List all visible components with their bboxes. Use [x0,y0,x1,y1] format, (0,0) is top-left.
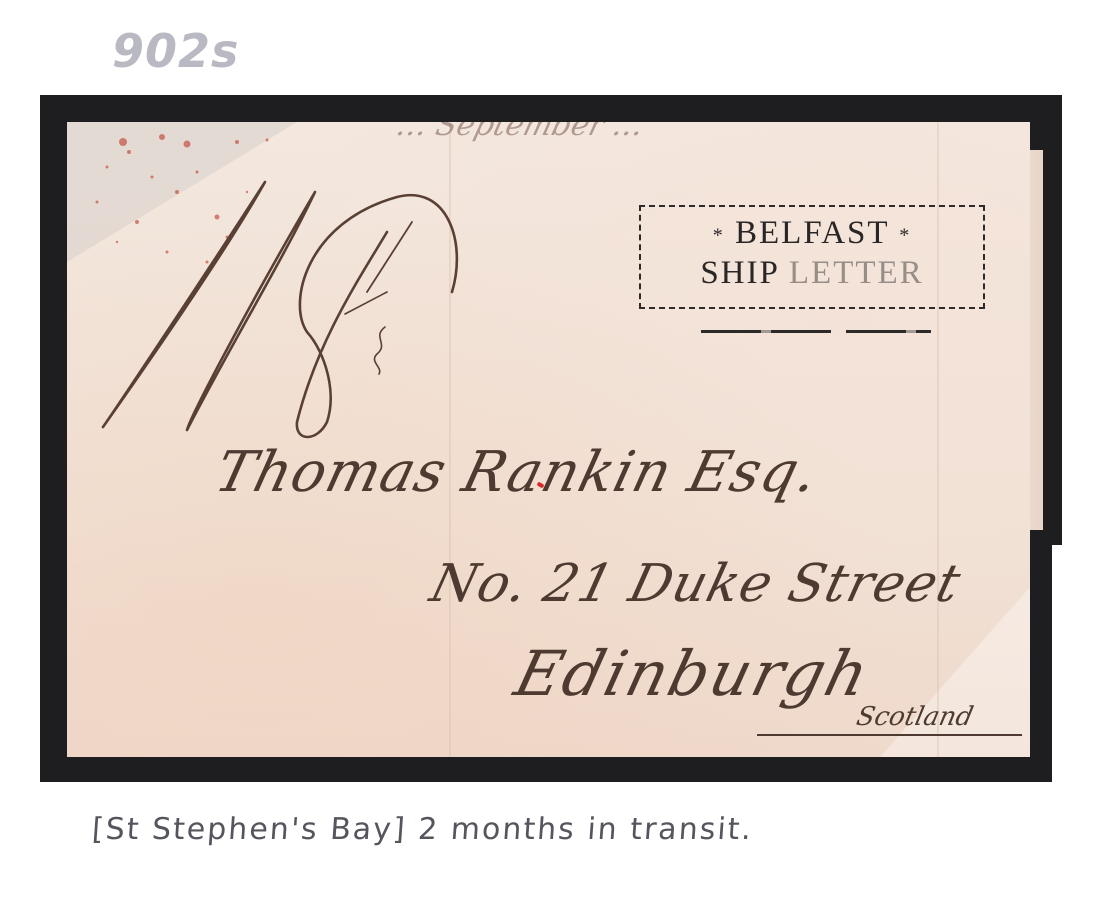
mount-step-edge [1030,545,1052,782]
stamp-underline [701,330,931,333]
address-street: No. 21 Duke Street [425,554,967,614]
stamp-line-belfast: * BELFAST * [641,217,983,250]
address-underline [757,734,1022,736]
address-city: Edinburgh [508,637,878,710]
stamp-line-ship-letter: SHIP LETTER [641,257,983,290]
address-country: Scotland [854,702,976,732]
star-ornament-icon: * [713,224,725,246]
stamp-text-letter: LETTER [789,255,924,291]
star-ornament-icon: * [899,224,911,246]
address-recipient-name: Thomas Rankin Esq. [209,440,825,505]
stamp-text-ship: SHIP [700,255,778,291]
stamp-text-belfast: BELFAST [735,215,889,251]
handwritten-album-note: [St Stephen's Bay] 2 months in transit. [91,812,754,847]
belfast-ship-letter-handstamp: * BELFAST * SHIP LETTER [639,205,985,309]
entire-letter-cover: … September … * BELFAST * SHIP LETTER Th… [67,122,1030,757]
lot-number: 902s [112,28,239,74]
